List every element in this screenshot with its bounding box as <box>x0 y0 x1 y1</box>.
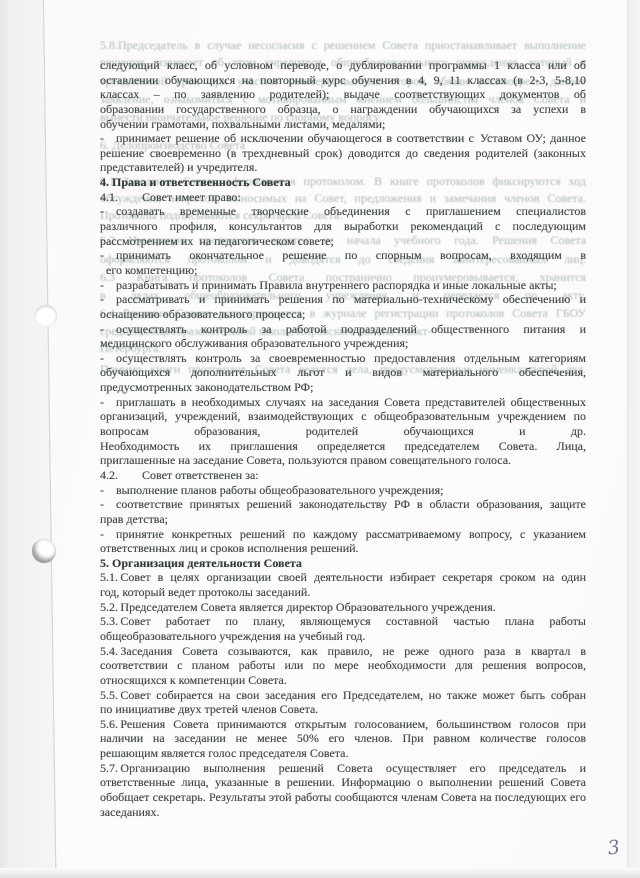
document-text-line: медицинского обслуживания образовательно… <box>100 336 586 351</box>
document-text-line: рассмотрением их на педагогическом совет… <box>100 234 586 249</box>
document-text-line: - создавать временные творческие объедин… <box>100 204 586 219</box>
document-text-line: 5.3. Совет работает по плану, являющемус… <box>100 614 586 629</box>
document-text-line: вопросам образования, родителей обучающи… <box>100 424 586 439</box>
document-text-line: 5.1. Совет в целях организации своей дея… <box>100 570 586 585</box>
document-text-line: 4.2. Совет ответственен за: <box>100 468 586 483</box>
document-text-line: по инициативе двух третей членов Совета. <box>100 702 586 717</box>
document-text-line: обучении грамотами, похвальными листами,… <box>100 117 586 132</box>
document-text-line: - принимает решение об исключении обучаю… <box>100 131 586 146</box>
document-text-line: обучающихся дополнительных льгот и видов… <box>100 365 586 380</box>
scanned-document-page: 5.8.Председатель в случае несогласия с р… <box>0 0 640 878</box>
document-text-line: соответствии с планом работы или по мере… <box>100 658 586 673</box>
document-text-line: решающим является голос председателя Сов… <box>100 746 586 761</box>
document-text-line: - осуществлять контроль за своевременнос… <box>100 351 586 366</box>
document-text-line: относящихся к компетенции Совета. <box>100 673 586 688</box>
section-heading-line: 5. Организация деятельности Совета <box>100 556 586 571</box>
punch-hole-top <box>35 305 57 327</box>
document-text-line: 5.2. Председателем Совета является дирек… <box>100 600 586 615</box>
document-text-line: 5.6. Решения Совета принимаются открытым… <box>100 717 586 732</box>
document-text-line: - принятие конкретных решений по каждому… <box>100 527 586 542</box>
document-text-line: заседаниях. <box>100 805 586 820</box>
document-text-line: - осуществлять контроль за работой подра… <box>100 322 586 337</box>
document-text-line: обобщает секретарь. Результаты этой рабо… <box>100 790 586 805</box>
document-text-line: приглашенные на заседание Совета, пользу… <box>100 453 586 468</box>
document-text-line: следующий класс, об условном переводе, о… <box>100 58 586 73</box>
document-text-line: предусмотренных законодательством РФ; <box>100 380 586 395</box>
document-text-line: оставлении обучающихся на повторный курс… <box>100 73 586 88</box>
document-text-line: оснащению образовательного процесса; <box>100 307 586 322</box>
document-text-line: прав детства; <box>100 512 586 527</box>
document-text-line: 5.5. Совет собирается на свои заседания … <box>100 688 586 703</box>
document-text-line: год, который ведет протоколы заседаний. <box>100 585 586 600</box>
document-text-line: - соответствие принятых решений законода… <box>100 497 586 512</box>
document-text-line: Необходимость их приглашения определяетс… <box>100 439 586 454</box>
document-text-line: - приглашать в необходимых случаях на за… <box>100 395 586 410</box>
punch-hole-bottom <box>32 539 56 563</box>
document-text-line: образовании государственного образца, о … <box>100 102 586 117</box>
document-text-line: - принимать окончательное решение по спо… <box>100 248 586 263</box>
document-text-line: 5.4. Заседания Совета созываются, как пр… <box>100 644 586 659</box>
document-text-line: решение своевременно (в трехдневный срок… <box>100 146 586 161</box>
document-text-line: - выполнение планов работы общеобразоват… <box>100 483 586 498</box>
document-text-line: - разрабатывать и принимать Правила внут… <box>100 278 586 293</box>
page-edge-bottom <box>0 868 640 878</box>
document-text-line: ответственных лиц и сроков исполнения ре… <box>100 541 586 556</box>
document-text-line: представителей) и учредителя. <box>100 160 586 175</box>
document-text-line: общеобразовательного учреждения на учебн… <box>100 629 586 644</box>
document-text-line: организаций, учреждений, взаимодействующ… <box>100 409 586 424</box>
document-text-line: наличии на заседании не менее 50% его чл… <box>100 731 586 746</box>
document-text-line: классах – по заявлению родителей); выдач… <box>100 87 586 102</box>
document-text-line: различного профиля, консультантов для вы… <box>100 219 586 234</box>
document-text-block: следующий класс, об условном переводе, о… <box>100 58 586 819</box>
section-heading-line: 4. Права и ответственность Совета <box>100 175 586 190</box>
document-text-line: - рассматривать и принимать решения по м… <box>100 292 586 307</box>
document-text-line: 4.1. Совет имеет право: <box>100 190 586 205</box>
page-edge-right <box>627 0 640 878</box>
document-text-line: ответственные лица, указанные в решении.… <box>100 775 586 790</box>
document-text-line: 5.7. Организацию выполнения решений Сове… <box>100 761 586 776</box>
document-text-line: его компетенцию; <box>100 263 586 278</box>
